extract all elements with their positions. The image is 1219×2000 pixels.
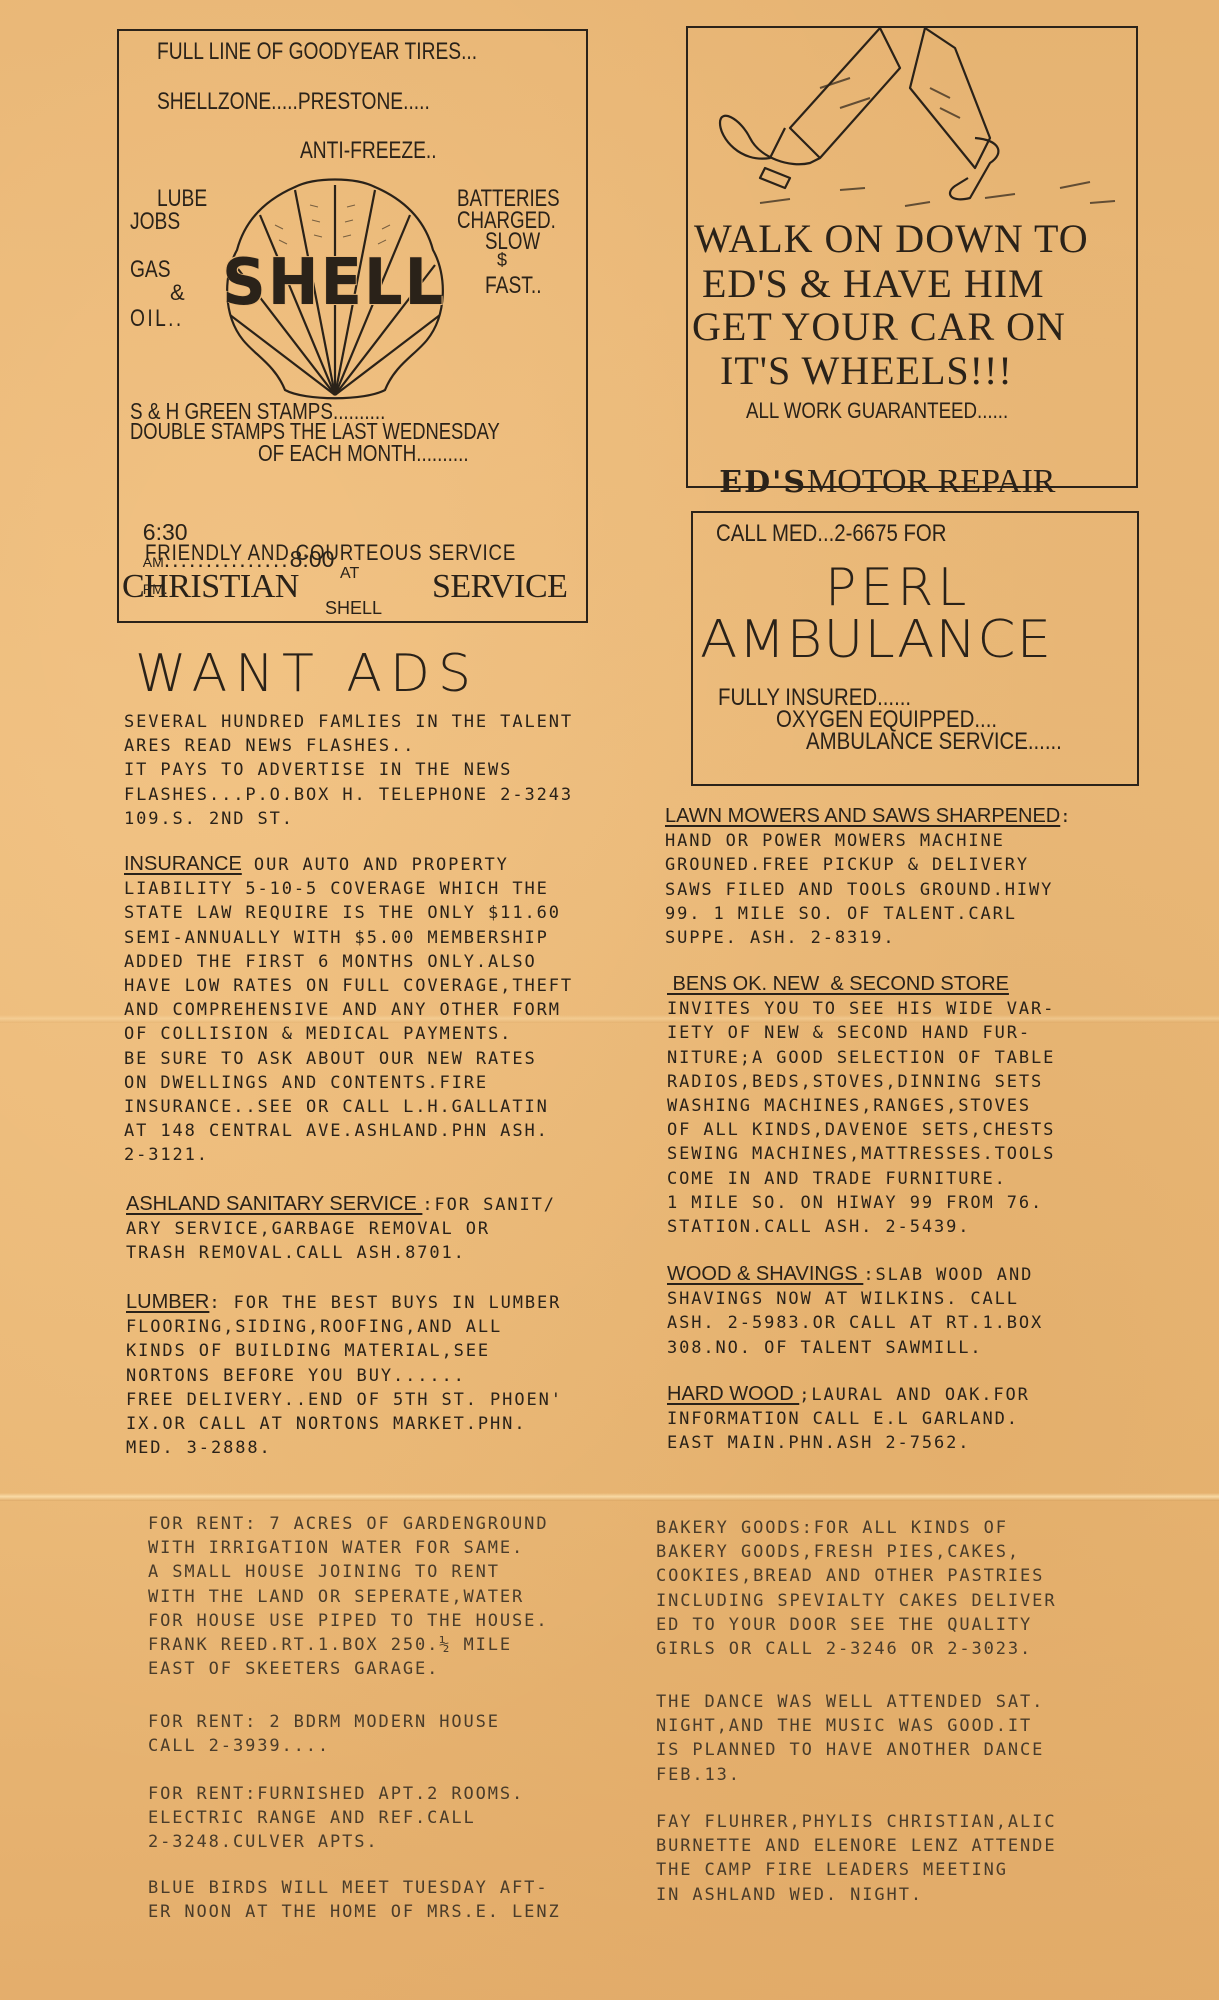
shell-slow-label: SLOW: [485, 228, 540, 256]
ad-lumber: LUMBER: FOR THE BEST BUYS IN LUMBER FLOO…: [126, 1290, 563, 1460]
ad-rent-apartment: FOR RENT:FURNISHED APT.2 ROOMS. ELECTRIC…: [148, 1782, 524, 1855]
shell-stamps-line3: OF EACH MONTH..........: [258, 440, 469, 467]
shell-name-christian: CHRISTIAN: [122, 568, 299, 606]
shell-tagline: FRIENDLY AND COURTEOUS SERVICE: [145, 540, 516, 566]
shell-jobs-label: JOBS: [130, 208, 180, 236]
perl-title-ambulance: AMBULANCE: [700, 610, 1052, 670]
want-ads-heading: WANT ADS: [135, 644, 479, 704]
perl-feature-service: AMBULANCE SERVICE......: [806, 728, 1062, 756]
ad-lumber-title: LUMBER: [126, 1291, 209, 1313]
shell-gas-label: GAS: [130, 256, 171, 284]
perl-call-line: CALL MED...2-6675 FOR: [716, 520, 947, 548]
ad-bens-body: INVITES YOU TO SEE HIS WIDE VAR- IETY OF…: [667, 999, 1055, 1237]
shell-antifreeze-line: ANTI-FREEZE..: [300, 137, 437, 165]
shell-logo-text: SHELL: [222, 246, 445, 320]
notice-dance: THE DANCE WAS WELL ATTENDED SAT. NIGHT,A…: [656, 1690, 1044, 1787]
ad-wood-title: WOOD & SHAVINGS: [667, 1263, 863, 1285]
eds-business-name: ED'SMOTOR REPAIR: [700, 444, 1055, 501]
walking-legs-illustration-icon: [700, 28, 1130, 218]
ad-rent-house: FOR RENT: 2 BDRM MODERN HOUSE CALL 2-393…: [148, 1710, 500, 1758]
ad-lawn-mowers: LAWN MOWERS AND SAWS SHARPENED: HAND OR …: [665, 804, 1072, 950]
eds-name-bold: ED'S: [719, 465, 807, 500]
shell-dollar-label: $: [497, 250, 507, 271]
ad-insurance: INSURANCE OUR AUTO AND PROPERTY LIABILIT…: [124, 852, 573, 1168]
eds-guarantee: ALL WORK GUARANTEED......: [746, 398, 1008, 424]
shell-and-label: &: [170, 280, 185, 306]
ad-insurance-body: OUR AUTO AND PROPERTY LIABILITY 5-10-5 C…: [124, 855, 573, 1165]
eds-headline-line4: IT'S WHEELS!!!: [720, 347, 1013, 394]
eds-headline-line3: GET YOUR CAR ON: [692, 303, 1066, 350]
notice-blue-birds: BLUE BIRDS WILL MEET TUESDAY AFT- ER NOO…: [148, 1876, 561, 1924]
ad-sanitary-title: ASHLAND SANITARY SERVICE: [126, 1193, 422, 1215]
ad-hardwood-title: HARD WOOD: [667, 1383, 799, 1405]
ad-bens-title: BENS OK. NEW & SECOND STORE: [667, 973, 1009, 995]
ad-lumber-body: : FOR THE BEST BUYS IN LUMBER FLOORING,S…: [126, 1293, 563, 1458]
ad-sanitary: ASHLAND SANITARY SERVICE :FOR SANIT/ ARY…: [126, 1192, 556, 1266]
ad-wood-shavings: WOOD & SHAVINGS :SLAB WOOD AND SHAVINGS …: [667, 1262, 1043, 1360]
shell-fast-label: FAST..: [485, 272, 542, 300]
eds-headline-line1: WALK ON DOWN TO: [694, 215, 1089, 262]
shell-goodyear-line: FULL LINE OF GOODYEAR TIRES...: [157, 38, 477, 66]
shell-name-shell: SHELL: [325, 598, 382, 619]
shell-products-line: SHELLZONE.....PRESTONE.....: [157, 88, 430, 116]
notice-camp-fire: FAY FLUHRER,PHYLIS CHRISTIAN,ALIC BURNET…: [656, 1810, 1056, 1907]
perl-title: PERL: [825, 558, 970, 618]
ad-lawn-title: LAWN MOWERS AND SAWS SHARPENED: [665, 805, 1060, 827]
ad-bens-store: BENS OK. NEW & SECOND STORE INVITES YOU …: [667, 972, 1055, 1239]
want-ads-intro: SEVERAL HUNDRED FAMLIES IN THE TALENT AR…: [124, 710, 573, 831]
eds-name-rest: MOTOR REPAIR: [807, 463, 1055, 500]
ad-lawn-body: : HAND OR POWER MOWERS MACHINE GROUNED.F…: [665, 807, 1072, 948]
ad-hard-wood: HARD WOOD ;LAURAL AND OAK.FOR INFORMATIO…: [667, 1382, 1030, 1456]
shell-name-at: AT: [340, 565, 359, 583]
shell-oil-label: OIL..: [130, 305, 184, 333]
ad-bakery: BAKERY GOODS:FOR ALL KINDS OF BAKERY GOO…: [656, 1516, 1056, 1661]
shell-name-service: SERVICE: [432, 568, 567, 606]
eds-headline-line2: ED'S & HAVE HIM: [702, 260, 1045, 307]
ad-rent-garden: FOR RENT: 7 ACRES OF GARDENGROUND WITH I…: [148, 1512, 548, 1681]
ad-insurance-title: INSURANCE: [124, 853, 242, 875]
paper-fold: [0, 1493, 1219, 1501]
